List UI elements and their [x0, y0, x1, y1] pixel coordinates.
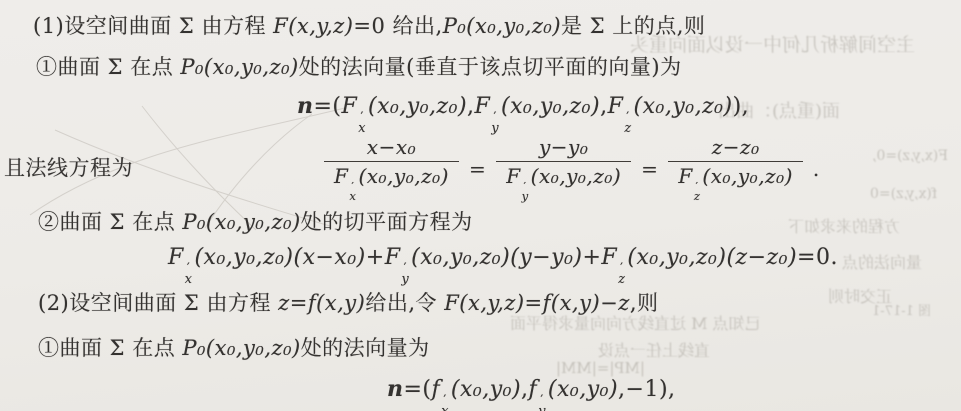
- item-1-normal-vector-statement-2: ①曲面 Σ 在点 P₀(x₀,y₀,z₀)处的法向量为: [38, 333, 430, 363]
- paragraph-1-intro: (1)设空间曲面 Σ 由方程 F(x,y,z)=0 给出,P₀(x₀,y₀,z₀…: [33, 11, 705, 41]
- bleedthrough-artifact: 方程的来求如下: [788, 214, 900, 237]
- tangent-plane-formula: F′x(x₀,y₀,z₀)(x−x₀)+F′y(x₀,y₀,z₀)(y−y₀)+…: [168, 243, 838, 286]
- item-1-normal-vector-statement: ①曲面 Σ 在点 P₀(x₀,y₀,z₀)处的法向量(垂直于该点切平面的向量)为: [36, 52, 682, 82]
- bleedthrough-artifact: 图 1-17-1: [872, 300, 931, 319]
- bleedthrough-artifact: 量向法的点: [842, 250, 922, 273]
- bleedthrough-artifact: f(x,y,z)=0: [870, 186, 937, 202]
- normal-vector-formula-1: n=(F′x(x₀,y₀,z₀),F′y(x₀,y₀,z₀),F′z(x₀,y₀…: [297, 91, 749, 135]
- bleedthrough-artifact: F(x,y,z)=0,: [872, 148, 948, 164]
- normal-line-label: 且法线方程为: [4, 153, 133, 183]
- item-2-tangent-plane-statement: ②曲面 Σ 在点 P₀(x₀,y₀,z₀)处的切平面方程为: [38, 207, 473, 237]
- scanned-textbook-page: 主空间解析几何中一设以面向重头 面(重点)：曲出 F(x,y,z)=0, f(x…: [0, 0, 961, 411]
- bleedthrough-artifact: 直线上任一点设: [598, 338, 710, 361]
- normal-vector-formula-2: n=(f′x(x₀,y₀),f′y(x₀,y₀),−1),: [387, 374, 676, 411]
- bleedthrough-artifact: 正交时则: [828, 284, 892, 307]
- normal-line-equation: x−x₀F′x(x₀,y₀,z₀)=y−y₀F′y(x₀,y₀,z₀)=z−z₀…: [318, 136, 824, 202]
- paragraph-2-intro: (2)设空间曲面 Σ 由方程 z=f(x,y)给出,令 F(x,y,z)=f(x…: [38, 288, 659, 318]
